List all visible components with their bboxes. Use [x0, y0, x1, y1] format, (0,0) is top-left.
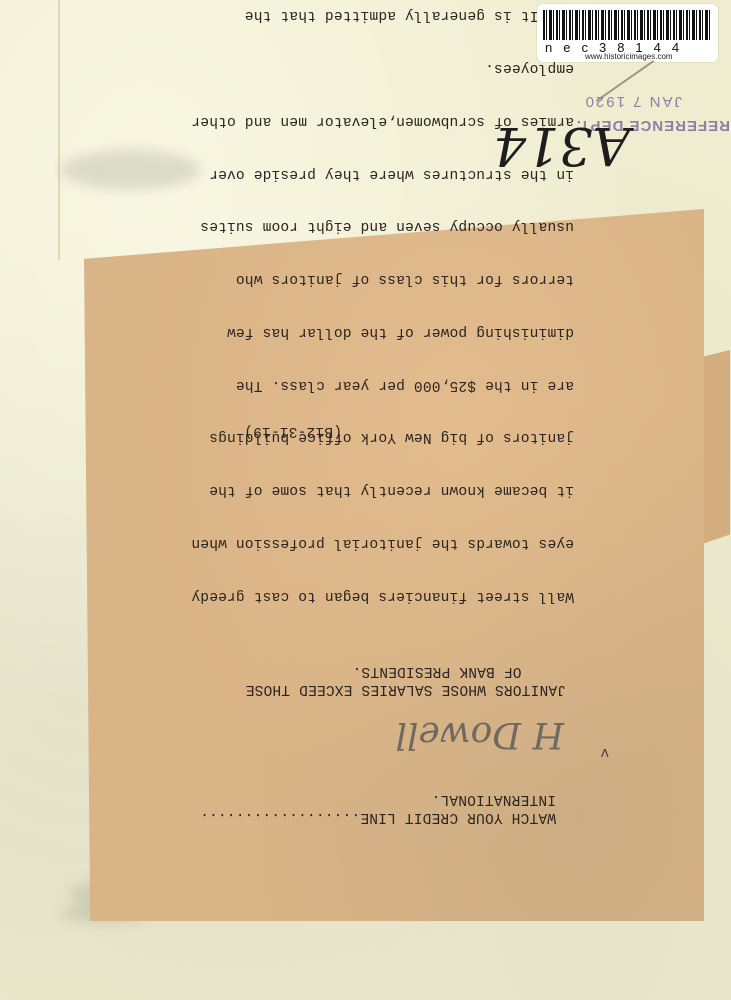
- body-line: usually occupy seven and eight room suit…: [191, 217, 574, 235]
- body-line: terrors for this class of janitors who: [191, 270, 574, 288]
- margin-mark: v: [601, 745, 609, 761]
- handwritten-signature: H Dowell: [304, 714, 564, 755]
- clipping-text-upside-down: WATCH YOUR CREDIT LINE..................…: [84, 209, 704, 921]
- smudge: [60, 150, 200, 190]
- body-line: It is generally admitted that the: [191, 6, 574, 24]
- body-line: eyes towards the janitorial profession w…: [191, 533, 574, 551]
- body-line: in the structures where they preside ove…: [191, 164, 574, 182]
- reference-code: (B12-31-19): [244, 421, 342, 439]
- stamp-date: JAN 7 1920: [584, 93, 682, 110]
- headline: JANITORS WHOSE SALARIES EXCEED THOSE OF …: [246, 662, 566, 697]
- credit-line: WATCH YOUR CREDIT LINE..................…: [200, 790, 556, 825]
- barcode-url: www.historicimages.com: [585, 52, 673, 61]
- article-body: Wall street financiers began to cast gre…: [191, 0, 574, 639]
- body-line: armies of scrubwomen,elevator men and ot…: [191, 111, 574, 129]
- body-line: Wall street financiers began to cast gre…: [191, 586, 574, 604]
- mount-crease: [58, 0, 60, 260]
- body-line: employees.: [191, 58, 574, 76]
- body-line: it became known recently that some of th…: [191, 481, 574, 499]
- body-line: diminishing power of the dollar has few: [191, 322, 574, 340]
- body-line: are in the $25,000 per year class. The: [191, 375, 574, 393]
